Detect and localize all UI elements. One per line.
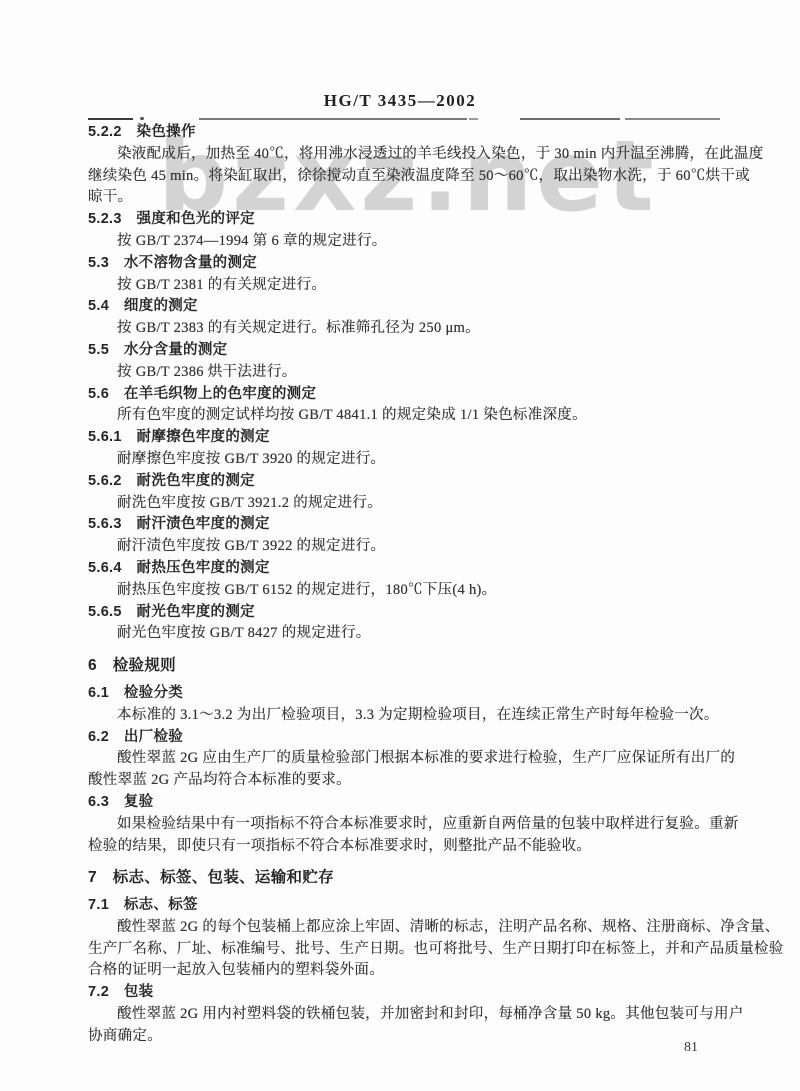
clause-heading: 6.3 复验	[88, 792, 748, 814]
body-text-line: 耐汗渍色牢度按 GB/T 3922 的规定进行。	[88, 536, 748, 558]
clause-heading: 5.6.2 耐洗色牢度的测定	[88, 471, 748, 493]
body-text-line: 晾干。	[88, 187, 748, 209]
body-text-line: 耐摩擦色牢度按 GB/T 3920 的规定进行。	[88, 449, 748, 471]
body-text-line: 酸性翠蓝 2G 的每个包装桶上都应涂上牢固、清晰的标志，注明产品名称、规格、注册…	[88, 917, 748, 939]
clause-heading: 6.2 出厂检验	[88, 727, 748, 749]
page-number: 81	[684, 1040, 698, 1056]
body-text-line: 继续染色 45 min。将染缸取出，徐徐搅动直至染液温度降至 50～60℃，取出…	[88, 166, 748, 188]
body-text-line: 合格的证明一起放入包装桶内的塑料袋外面。	[88, 960, 748, 982]
clause-heading: 5.6.3 耐汗渍色牢度的测定	[88, 514, 748, 536]
body-text-line: 如果检验结果中有一项指标不符合本标准要求时，应重新自两倍量的包装中取样进行复验。…	[88, 814, 748, 836]
rule-segment	[88, 118, 133, 120]
clause-heading: 7.2 包装	[88, 982, 748, 1004]
clause-heading: 7.1 标志、标签	[88, 895, 748, 917]
document-body: 5.2.2 染色操作染液配成后，加热至 40℃，将用沸水浸透过的羊毛线投入染色，…	[88, 122, 748, 1048]
body-text-line: 按 GB/T 2383 的有关规定进行。标准筛孔径为 250 μm。	[88, 318, 748, 340]
body-text-line: 检验的结果，即使只有一项指标不符合本标准要求时，则整批产品不能验收。	[88, 836, 748, 858]
body-text-line: 按 GB/T 2381 的有关规定进行。	[88, 275, 748, 297]
clause-heading: 5.3 水不溶物含量的测定	[88, 253, 748, 275]
clause-heading: 5.2.3 强度和色光的评定	[88, 209, 748, 231]
standard-number-header: HG/T 3435—2002	[0, 91, 800, 111]
header-rule	[88, 117, 720, 120]
clause-heading: 5.2.2 染色操作	[88, 122, 748, 144]
body-text-line: 协商确定。	[88, 1026, 748, 1048]
body-text-line: 按 GB/T 2374—1994 第 6 章的规定进行。	[88, 231, 748, 253]
body-text-line: 按 GB/T 2386 烘干法进行。	[88, 362, 748, 384]
rule-segment	[199, 118, 467, 120]
body-text-line: 酸性翠蓝 2G 应由生产厂的质量检验部门根据本标准的要求进行检验，生产厂应保证所…	[88, 748, 748, 770]
rule-dots	[469, 118, 478, 120]
clause-heading: 5.4 细度的测定	[88, 296, 748, 318]
rule-dot	[140, 117, 144, 120]
rule-segment	[625, 118, 720, 120]
clause-heading: 5.6 在羊毛织物上的色牢度的测定	[88, 384, 748, 406]
body-text-line: 酸性翠蓝 2G 用内衬塑料袋的铁桶包装，并加密封和封印，每桶净含量 50 kg。…	[88, 1004, 748, 1026]
body-text-line: 生产厂名称、厂址、标准编号、批号、生产日期。也可将批号、生产日期打印在标签上，并…	[88, 939, 748, 961]
clause-heading: 5.6.5 耐光色牢度的测定	[88, 602, 748, 624]
body-text-line: 所有色牢度的测定试样均按 GB/T 4841.1 的规定染成 1/1 染色标准深…	[88, 405, 748, 427]
body-text-line: 耐热压色牢度按 GB/T 6152 的规定进行，180℃下压(4 h)。	[88, 580, 748, 602]
clause-heading: 5.5 水分含量的测定	[88, 340, 748, 362]
clause-heading: 5.6.1 耐摩擦色牢度的测定	[88, 427, 748, 449]
body-text-line: 本标准的 3.1～3.2 为出厂检验项目，3.3 为定期检验项目，在连续正常生产…	[88, 705, 748, 727]
clause-heading: 5.6.4 耐热压色牢度的测定	[88, 558, 748, 580]
body-text-line: 耐洗色牢度按 GB/T 3921.2 的规定进行。	[88, 493, 748, 515]
body-text-line: 耐光色牢度按 GB/T 8427 的规定进行。	[88, 623, 748, 645]
chapter-heading: 6 检验规则	[88, 655, 748, 677]
body-text-line: 酸性翠蓝 2G 产品均符合本标准的要求。	[88, 770, 748, 792]
clause-heading: 6.1 检验分类	[88, 683, 748, 705]
rule-segment	[520, 118, 620, 120]
chapter-heading: 7 标志、标签、包装、运输和贮存	[88, 867, 748, 889]
body-text-line: 染液配成后，加热至 40℃，将用沸水浸透过的羊毛线投入染色，于 30 min 内…	[88, 144, 748, 166]
scanned-standard-page: bzxz.net HG/T 3435—2002 5.2.2 染色操作染液配成后，…	[0, 0, 800, 1091]
